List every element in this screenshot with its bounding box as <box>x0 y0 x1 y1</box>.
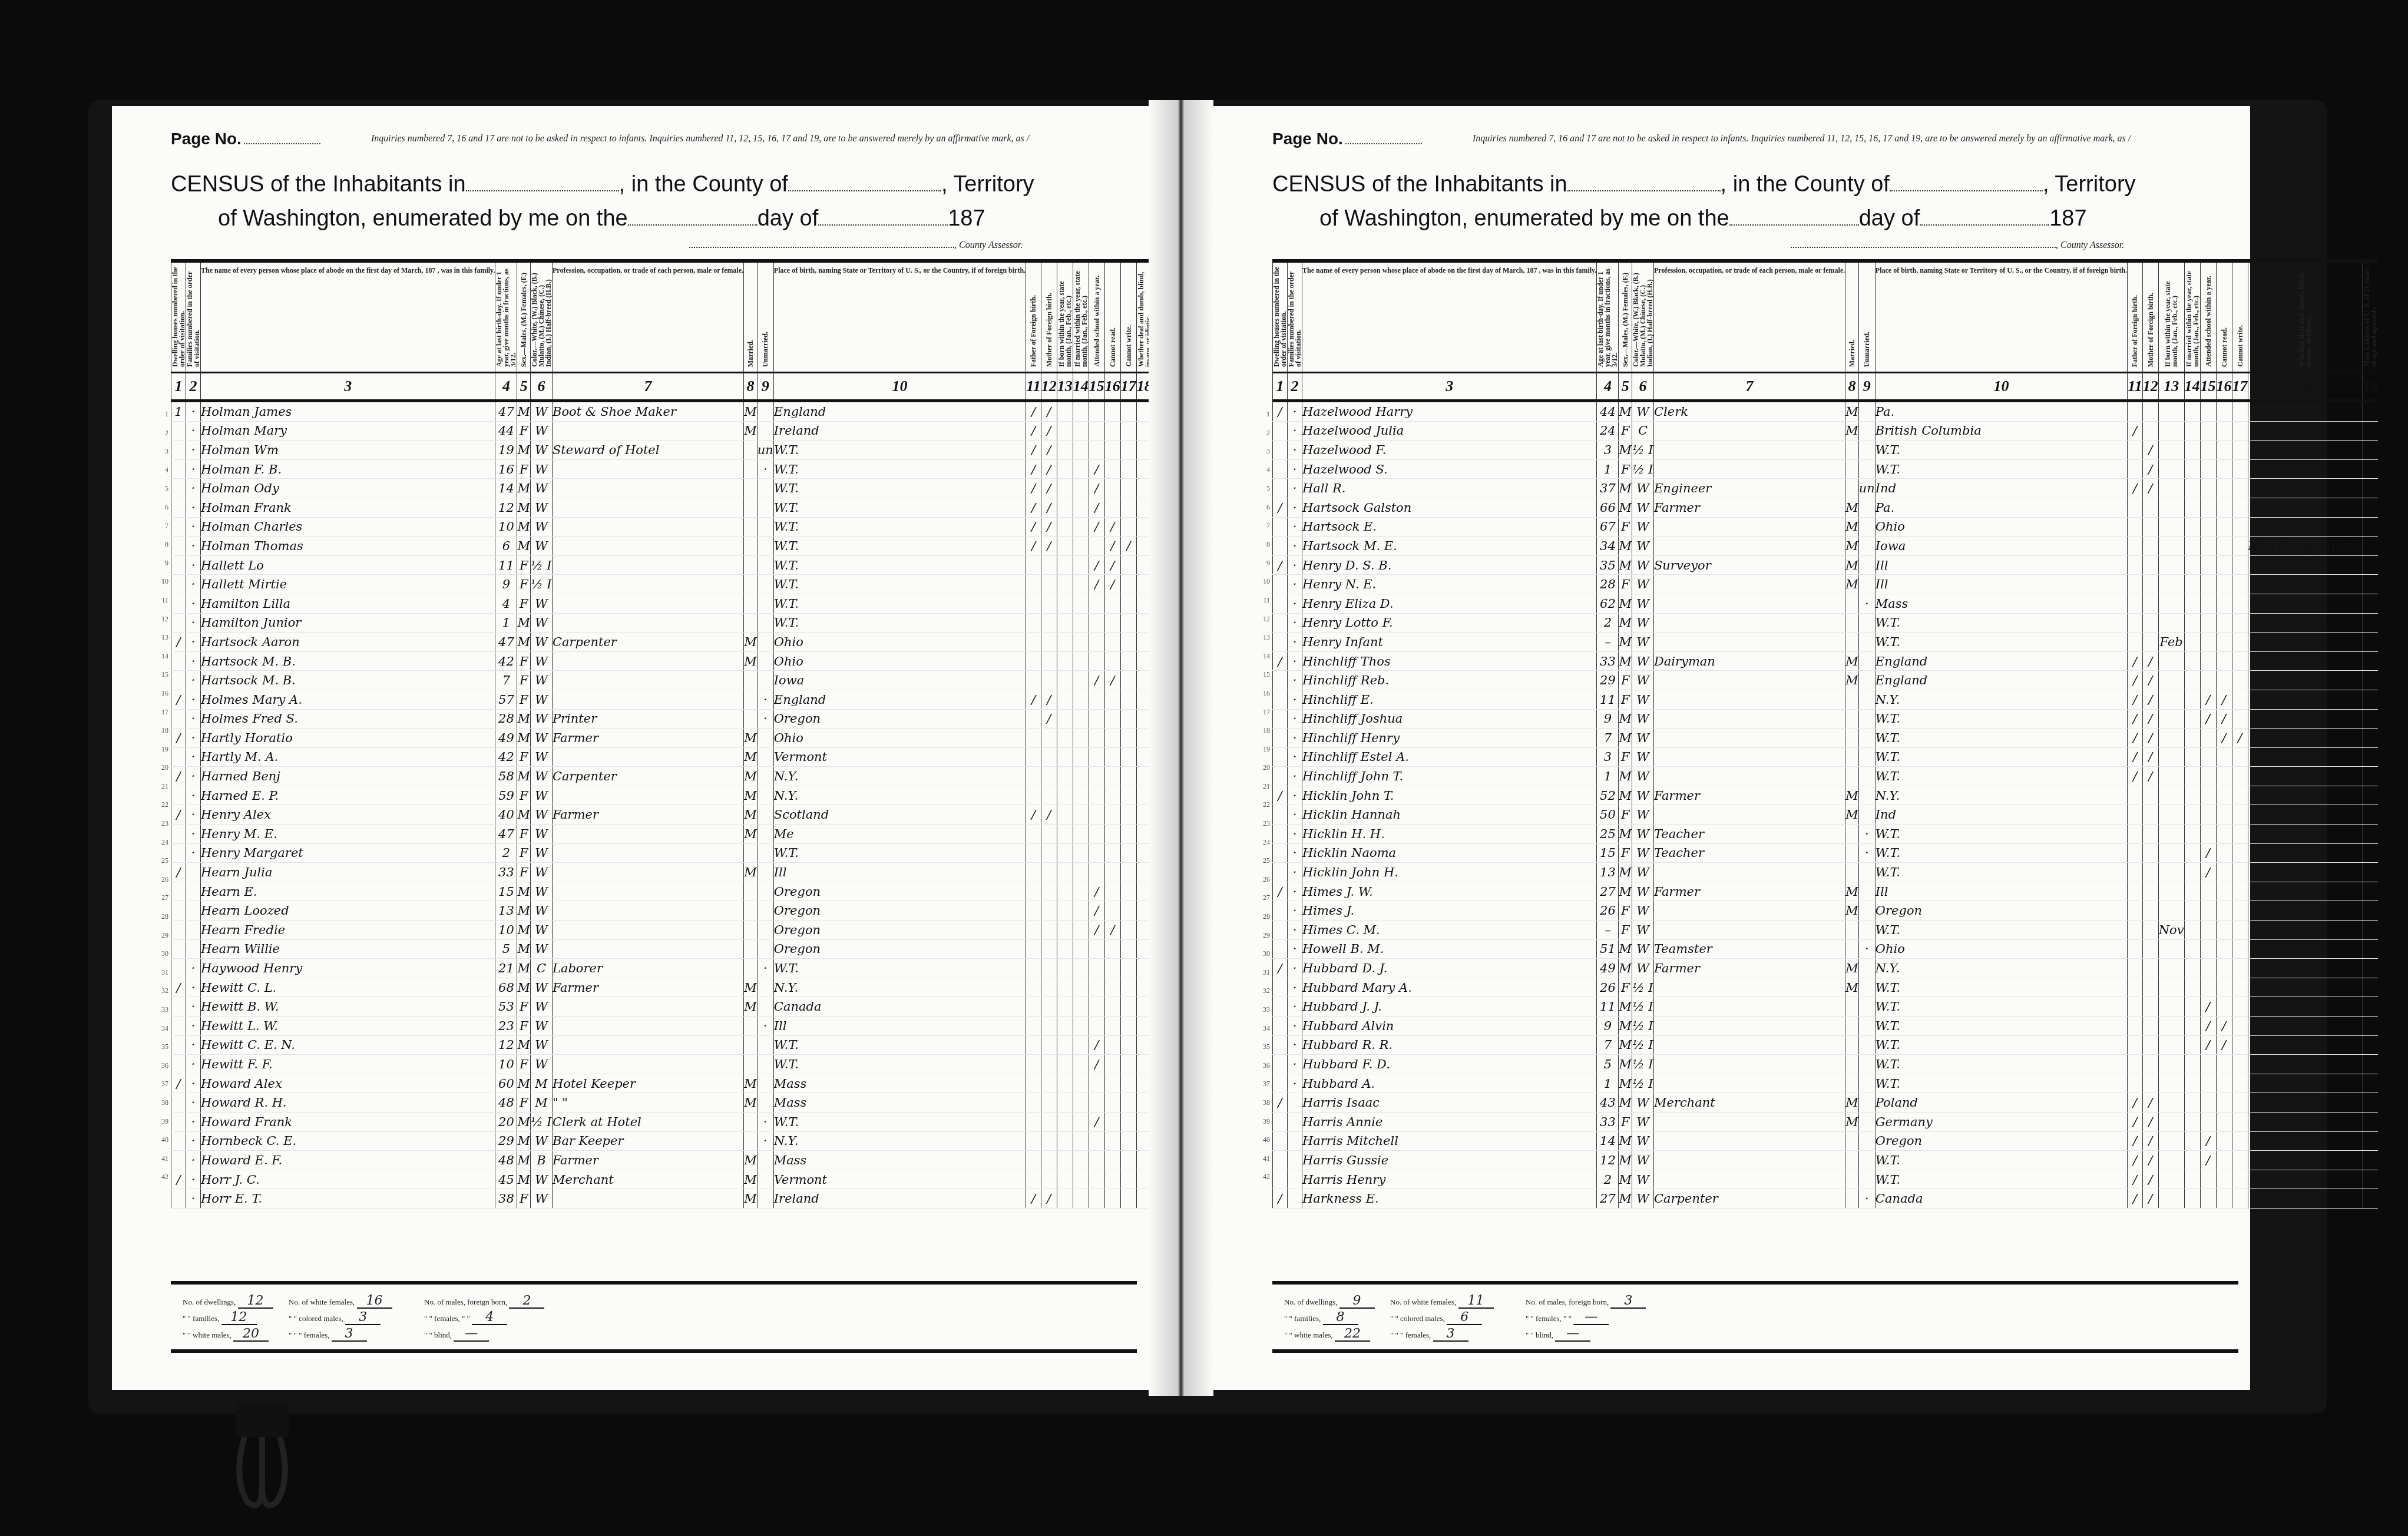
cell-married: M <box>744 1151 758 1170</box>
cell-cannot-read <box>2216 921 2232 940</box>
cell-family-no: · <box>1288 939 1302 959</box>
cell-born-month <box>1057 709 1073 729</box>
cell-family-no: · <box>186 709 201 729</box>
cell-born-month <box>2158 978 2184 997</box>
cell-attended-school <box>1089 805 1104 825</box>
page-summary: No. of dwellings, 9" " families, 8" " wh… <box>1272 1281 2238 1353</box>
cell-cannot-write <box>2232 1112 2248 1131</box>
cell-disability <box>2248 921 2362 940</box>
cell-cannot-write <box>2232 939 2248 959</box>
cell-occupation <box>1653 1112 1845 1131</box>
cell-mother-foreign <box>1041 939 1057 959</box>
cell-father-foreign <box>1026 1131 1041 1151</box>
cell-unmarried <box>1858 767 1875 786</box>
cell-person-name: Henry Margaret <box>201 843 495 863</box>
cell-father-foreign <box>1026 747 1041 767</box>
cell-born-month <box>2158 1112 2184 1131</box>
cell-cannot-write <box>2232 671 2248 690</box>
cell-color: W <box>530 537 552 556</box>
cell-married: M <box>744 729 758 748</box>
cell-person-name: Holman James <box>201 401 495 422</box>
cell-age: 2 <box>1597 1170 1619 1189</box>
cell-occupation <box>1653 575 1845 594</box>
cell-attended-school: / <box>1089 555 1104 575</box>
cell-dwelling-no: / <box>171 863 186 882</box>
cell-age: 33 <box>495 863 517 882</box>
col-header-unmarried: Unmarried. <box>1858 261 1875 373</box>
cell-unmarried <box>1858 613 1875 633</box>
cell-born-month <box>1057 594 1073 613</box>
cell-mother-foreign: / <box>2142 690 2158 709</box>
cell-color: C <box>530 959 552 978</box>
cell-unmarried: · <box>1858 594 1875 613</box>
cell-married: M <box>744 421 758 441</box>
cell-cannot-write <box>1120 459 1136 479</box>
cell-married: M <box>744 1189 758 1209</box>
cell-person-name: Hearn Loozed <box>201 901 495 921</box>
cell-born-month <box>2158 709 2184 729</box>
cell-mother-foreign: / <box>2142 1112 2158 1131</box>
cell-age: 1 <box>1597 767 1619 786</box>
cell-mother-foreign: / <box>1041 459 1057 479</box>
cell-age: 37 <box>1597 479 1619 498</box>
cell-family-no: · <box>1288 843 1302 863</box>
cell-dwelling-no <box>1273 1131 1288 1151</box>
cell-family-no: · <box>186 747 201 767</box>
cell-sex: F <box>517 671 531 690</box>
cell-born-month <box>1057 997 1073 1017</box>
cell-occupation: Steward of Hotel <box>552 441 743 460</box>
cell-father-foreign <box>2128 1074 2143 1093</box>
cell-color: W <box>530 825 552 844</box>
cell-attended-school <box>1089 1017 1104 1036</box>
cell-married: M <box>1845 978 1859 997</box>
cell-mother-foreign <box>1041 651 1057 671</box>
cell-color: W <box>1632 882 1653 901</box>
summary-white-females: No. of white females, 11 <box>1390 1294 1494 1310</box>
cell-cannot-read <box>2216 537 2232 556</box>
cell-unmarried <box>1858 921 1875 940</box>
cell-born-month <box>2158 671 2184 690</box>
cell-unmarried <box>757 1055 773 1074</box>
cell-cannot-write <box>2232 401 2248 422</box>
table-row: ·Hartsock M. E.34MWMIowaNon Comp Mentis <box>1273 537 2378 556</box>
cell-dwelling-no <box>1273 1170 1288 1189</box>
cell-person-name: Hewitt B. W. <box>201 997 495 1017</box>
col-number: 1 <box>171 373 186 401</box>
cell-born-month <box>1057 863 1073 882</box>
cell-birthplace: Canada <box>1875 1189 2127 1209</box>
cell-mother-foreign: / <box>1041 537 1057 556</box>
cell-sex: M <box>1619 633 1632 652</box>
cell-cannot-write <box>1120 633 1136 652</box>
cell-person-name: Hicklin Naoma <box>1302 843 1597 863</box>
cell-cannot-write <box>2232 805 2248 825</box>
cell-male-citizen: / <box>2362 401 2378 422</box>
cell-age: 10 <box>495 517 517 537</box>
cell-occupation <box>552 459 743 479</box>
cell-attended-school <box>1089 421 1104 441</box>
cell-male-citizen <box>2362 1017 2378 1036</box>
cell-cannot-write <box>2232 1189 2248 1209</box>
cell-father-foreign: / <box>1026 690 1041 709</box>
cell-color: W <box>1632 1170 1653 1189</box>
cell-male-citizen <box>2362 747 2378 767</box>
cell-unmarried <box>1858 1112 1875 1131</box>
cell-mother-foreign <box>2142 1035 2158 1055</box>
cell-occupation <box>1653 901 1845 921</box>
cell-mother-foreign: / <box>1041 441 1057 460</box>
cell-birthplace: N.Y. <box>773 767 1026 786</box>
cell-born-month <box>1057 959 1073 978</box>
cell-married-month <box>2184 479 2200 498</box>
cell-unmarried <box>1858 1035 1875 1055</box>
cell-dwelling-no <box>171 843 186 863</box>
cell-cannot-read <box>1104 1112 1120 1131</box>
cell-sex: M <box>517 1035 531 1055</box>
cell-color: W <box>530 863 552 882</box>
cell-color: W <box>1632 1189 1653 1209</box>
cell-birthplace: Poland <box>1875 1093 2127 1113</box>
cell-dwelling-no <box>171 1131 186 1151</box>
cell-married <box>1845 747 1859 767</box>
cell-attended-school <box>2200 671 2216 690</box>
cell-birthplace: W.T. <box>1875 613 2127 633</box>
cell-mother-foreign: / <box>2142 1131 2158 1151</box>
cell-unmarried <box>1858 537 1875 556</box>
cell-person-name: Hall R. <box>1302 479 1597 498</box>
cell-birthplace: Ill <box>1875 882 2127 901</box>
row-number: 26 <box>147 868 168 886</box>
summary-colored-males: " " colored males, 6 <box>1390 1310 1494 1327</box>
cell-family-no: · <box>186 479 201 498</box>
census-title-line2: of Washington, enumerated by me on theda… <box>1319 206 2087 231</box>
cell-father-foreign <box>1026 997 1041 1017</box>
cell-mother-foreign <box>2142 786 2158 805</box>
cell-sex: F <box>1619 978 1632 997</box>
cell-attended-school <box>2200 959 2216 978</box>
cell-person-name: Hearn Fredie <box>201 921 495 940</box>
cell-color: W <box>1632 786 1653 805</box>
cell-age: 5 <box>1597 1055 1619 1074</box>
cell-person-name: Howard R. H. <box>201 1093 495 1113</box>
cell-occupation <box>552 1017 743 1036</box>
cell-occupation <box>1653 709 1845 729</box>
table-row: ·Holman F. B.16FW·W.T./// <box>171 459 1168 479</box>
cell-family-no: · <box>1288 555 1302 575</box>
cell-married <box>1845 441 1859 460</box>
cell-sex: F <box>517 575 531 594</box>
col-header-family-no: Families numbered in the order of visita… <box>1288 261 1302 373</box>
cell-married-month <box>2184 825 2200 844</box>
cell-male-citizen: / <box>2362 1189 2378 1209</box>
cell-father-foreign: / <box>2128 479 2143 498</box>
cell-person-name: Hicklin John T. <box>1302 786 1597 805</box>
cell-person-name: Henry Eliza D. <box>1302 594 1597 613</box>
cell-attended-school <box>1089 939 1104 959</box>
cell-sex: M <box>1619 479 1632 498</box>
cell-attended-school <box>2200 1112 2216 1131</box>
cell-color: ½ I <box>1632 1035 1653 1055</box>
cell-father-foreign: / <box>2128 729 2143 748</box>
cell-cannot-write <box>1120 882 1136 901</box>
cell-color: W <box>1632 555 1653 575</box>
cell-married-month <box>2184 498 2200 517</box>
cell-dwelling-no <box>1273 575 1288 594</box>
cell-occupation <box>552 555 743 575</box>
cell-unmarried <box>757 882 773 901</box>
cell-cannot-read <box>2216 786 2232 805</box>
cell-married-month <box>2184 517 2200 537</box>
cell-cannot-read <box>2216 651 2232 671</box>
table-row: ·Henry Margaret2FWW.T. <box>171 843 1168 863</box>
cell-mother-foreign <box>2142 537 2158 556</box>
cell-occupation <box>552 882 743 901</box>
table-row: /·Horr J. C.45MWMerchantMVermont/ <box>171 1170 1168 1189</box>
cell-sex: M <box>517 767 531 786</box>
cell-father-foreign: / <box>1026 401 1041 422</box>
cell-occupation: Teacher <box>1653 843 1845 863</box>
cell-disability <box>2248 633 2362 652</box>
cell-person-name: Henry M. E. <box>201 825 495 844</box>
cell-unmarried <box>1858 1055 1875 1074</box>
cell-unmarried: · <box>757 959 773 978</box>
row-number: 1 <box>1249 402 1270 421</box>
row-number: 32 <box>1249 979 1270 998</box>
cell-person-name: Hewitt C. L. <box>201 978 495 997</box>
cell-person-name: Hinchliff Reb. <box>1302 671 1597 690</box>
cell-father-foreign: / <box>1026 537 1041 556</box>
cell-color: W <box>530 1017 552 1036</box>
cell-born-month <box>2158 1093 2184 1113</box>
cell-born-month <box>1057 1170 1073 1189</box>
cell-birthplace: W.T. <box>1875 825 2127 844</box>
cell-person-name: Hartsock Aaron <box>201 633 495 652</box>
cell-birthplace: W.T. <box>773 1112 1026 1131</box>
cell-born-month <box>1057 921 1073 940</box>
row-number: 38 <box>147 1091 168 1110</box>
row-number: 9 <box>1249 551 1270 570</box>
cell-cannot-read <box>1104 1131 1120 1151</box>
cell-born-month <box>1057 805 1073 825</box>
row-number: 9 <box>147 551 168 570</box>
cell-born-month <box>1057 747 1073 767</box>
cell-age: 27 <box>1597 882 1619 901</box>
table-row: ·Holman Thomas6MWW.T.//// <box>171 537 1168 556</box>
cell-age: 16 <box>495 459 517 479</box>
cell-male-citizen <box>2362 690 2378 709</box>
cell-cannot-read <box>2216 805 2232 825</box>
cell-family-no: · <box>186 690 201 709</box>
cell-sex: F <box>517 786 531 805</box>
cell-occupation: Carpenter <box>552 767 743 786</box>
cell-born-month <box>1057 729 1073 748</box>
cell-father-foreign <box>1026 939 1041 959</box>
cell-cannot-read <box>2216 1112 2232 1131</box>
summary-blind: " " blind, — <box>1526 1327 1646 1343</box>
table-row: ·Hubbard Alvin9M½ IW.T.// <box>1273 1017 2378 1036</box>
cell-disability <box>2248 651 2362 671</box>
summary-foreign-females: " " females, " " 4 <box>424 1310 544 1327</box>
cell-attended-school <box>2200 555 2216 575</box>
cell-male-citizen <box>2362 633 2378 652</box>
cell-dwelling-no <box>1273 537 1288 556</box>
cell-person-name: Hartsock M. B. <box>201 651 495 671</box>
cell-cannot-write <box>2232 882 2248 901</box>
cell-cannot-read <box>2216 959 2232 978</box>
cell-age: 15 <box>495 882 517 901</box>
cell-father-foreign <box>1026 1170 1041 1189</box>
cell-sex: M <box>517 401 531 422</box>
cell-attended-school <box>1089 1074 1104 1093</box>
row-number: 12 <box>147 607 168 626</box>
cell-father-foreign <box>2128 978 2143 997</box>
cell-born-month <box>1057 1131 1073 1151</box>
cell-sex: F <box>1619 421 1632 441</box>
cell-attended-school <box>1089 633 1104 652</box>
cell-family-no: · <box>186 978 201 997</box>
cell-age: 12 <box>1597 1151 1619 1170</box>
cell-married-month <box>1073 921 1089 940</box>
cell-sex: M <box>1619 1055 1632 1074</box>
cell-father-foreign <box>1026 901 1041 921</box>
cell-born-month <box>2158 1035 2184 1055</box>
cell-family-no: · <box>1288 613 1302 633</box>
cell-father-foreign <box>1026 1055 1041 1074</box>
cell-father-foreign <box>2128 555 2143 575</box>
cell-age: 34 <box>1597 537 1619 556</box>
cell-father-foreign <box>1026 613 1041 633</box>
cell-color: W <box>1632 671 1653 690</box>
table-row: ·Hewitt F. F.10FWW.T./ <box>171 1055 1168 1074</box>
cell-family-no: · <box>1288 575 1302 594</box>
cell-attended-school <box>1089 1131 1104 1151</box>
cell-dwelling-no <box>171 594 186 613</box>
cell-cannot-write <box>2232 843 2248 863</box>
cell-person-name: Hallett Lo <box>201 555 495 575</box>
cell-father-foreign <box>2128 997 2143 1017</box>
cell-occupation <box>552 1189 743 1209</box>
table-row: /·Hazelwood Harry44MWClerkMPa./ <box>1273 401 2378 422</box>
cell-birthplace: W.T. <box>1875 921 2127 940</box>
cell-occupation <box>552 421 743 441</box>
cell-dwelling-no <box>171 575 186 594</box>
cell-disability <box>2248 978 2362 997</box>
cell-mother-foreign <box>2142 997 2158 1017</box>
cell-married <box>1845 459 1859 479</box>
cell-cannot-write <box>1120 729 1136 748</box>
cell-age: 62 <box>1597 594 1619 613</box>
cell-family-no: · <box>186 613 201 633</box>
cell-dwelling-no <box>1273 729 1288 748</box>
cell-sex: M <box>517 901 531 921</box>
cell-birthplace: Ohio <box>773 633 1026 652</box>
cell-married-month <box>1073 1093 1089 1113</box>
cell-occupation <box>552 786 743 805</box>
cell-age: 66 <box>1597 498 1619 517</box>
cell-cannot-read: / <box>1104 555 1120 575</box>
cell-male-citizen <box>2362 997 2378 1017</box>
cell-mother-foreign <box>1041 747 1057 767</box>
cell-dwelling-no <box>171 459 186 479</box>
cell-age: 38 <box>495 1189 517 1209</box>
row-number: 20 <box>147 756 168 774</box>
cell-occupation: Teamster <box>1653 939 1845 959</box>
row-number: 29 <box>1249 923 1270 942</box>
table-row: ·Holman Ody14MWW.T./// <box>171 479 1168 498</box>
cell-sex: M <box>1619 882 1632 901</box>
cell-family-no: · <box>1288 537 1302 556</box>
cell-person-name: Hazelwood Julia <box>1302 421 1597 441</box>
col-number: 9 <box>1858 373 1875 401</box>
cell-cannot-write <box>1120 1112 1136 1131</box>
cell-cannot-read <box>1104 901 1120 921</box>
table-row: ·Hornbeck C. E.29MWBar Keeper·N.Y./ <box>171 1131 1168 1151</box>
cell-married <box>1845 843 1859 863</box>
cell-family-no: · <box>1288 863 1302 882</box>
cell-family-no: · <box>1288 594 1302 613</box>
cell-dwelling-no: / <box>1273 1093 1288 1113</box>
col-number: 12 <box>1041 373 1057 401</box>
cell-birthplace: Mass <box>773 1093 1026 1113</box>
cell-color: ½ I <box>530 575 552 594</box>
cell-attended-school <box>2200 882 2216 901</box>
cell-cannot-read <box>2216 882 2232 901</box>
cell-cannot-write <box>1120 498 1136 517</box>
cell-male-citizen <box>2362 1131 2378 1151</box>
cell-married-month <box>1073 997 1089 1017</box>
cell-born-month <box>1057 651 1073 671</box>
cell-married-month <box>1073 575 1089 594</box>
cell-family-no: · <box>186 671 201 690</box>
cell-married <box>744 901 758 921</box>
cell-birthplace: Ind <box>1875 479 2127 498</box>
table-row: ·Howell B. M.51MWTeamster·Ohio/ <box>1273 939 2378 959</box>
cell-father-foreign <box>1026 594 1041 613</box>
cell-birthplace: England <box>1875 671 2127 690</box>
cell-unmarried <box>757 421 773 441</box>
cell-occupation: Farmer <box>552 978 743 997</box>
cell-cannot-write <box>1120 939 1136 959</box>
cell-person-name: Hamilton Junior <box>201 613 495 633</box>
row-number: 23 <box>1249 812 1270 830</box>
cell-born-month <box>2158 939 2184 959</box>
row-number: 8 <box>147 532 168 551</box>
cell-cannot-write <box>1120 978 1136 997</box>
cell-person-name: Holman Charles <box>201 517 495 537</box>
cell-person-name: Holman Wm <box>201 441 495 460</box>
cell-occupation <box>1653 1074 1845 1093</box>
cell-cannot-read <box>1104 729 1120 748</box>
cell-unmarried <box>1858 901 1875 921</box>
cell-born-month <box>1057 882 1073 901</box>
cell-disability <box>2248 747 2362 767</box>
cell-age: 25 <box>1597 825 1619 844</box>
cell-unmarried <box>757 805 773 825</box>
cell-occupation: Printer <box>552 709 743 729</box>
cell-occupation <box>1653 613 1845 633</box>
cell-birthplace: Oregon <box>773 709 1026 729</box>
cell-male-citizen <box>2362 1170 2378 1189</box>
cell-person-name: Howard Frank <box>201 1112 495 1131</box>
cell-dwelling-no <box>1273 517 1288 537</box>
cell-occupation: Surveyor <box>1653 555 1845 575</box>
cell-cannot-write <box>1120 671 1136 690</box>
cell-sex: F <box>517 651 531 671</box>
cell-occupation: Hotel Keeper <box>552 1074 743 1093</box>
cell-birthplace: Ill <box>1875 555 2127 575</box>
cell-color: W <box>530 978 552 997</box>
